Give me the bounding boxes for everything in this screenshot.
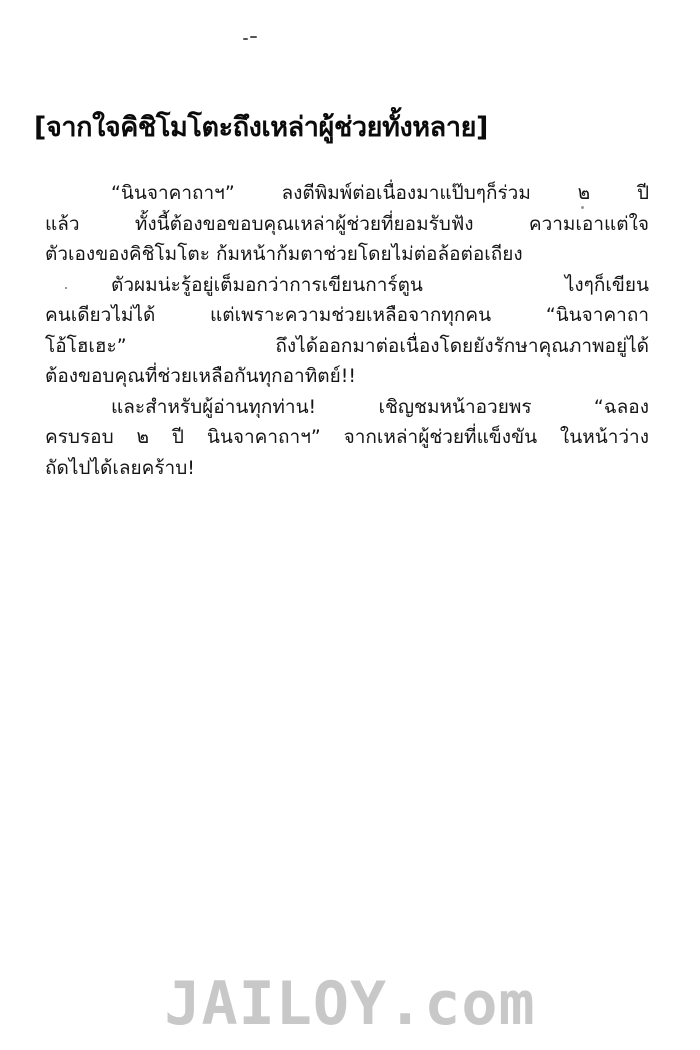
page-title: [จากใจคิชิโมโตะถึงเหล่าผู้ช่วยทั้งหลาย] (34, 108, 488, 148)
scan-speck (243, 36, 257, 40)
paragraph-2: ตัวผมน่ะรู้อยู่เต็มอกว่าการเขียนการ์ตูน … (45, 270, 655, 392)
body-text: “นินจาคาถาฯ” ลงตีพิมพ์ต่อเนื่องมาแป๊บๆก็… (45, 178, 655, 483)
text-line: ตัวผมน่ะรู้อยู่เต็มอกว่าการเขียนการ์ตูน … (45, 270, 649, 301)
text-line: และสำหรับผู้อ่านทุกท่าน! เชิญชมหน้าอวยพร… (45, 392, 649, 423)
text-line: “นินจาคาถาฯ” ลงตีพิมพ์ต่อเนื่องมาแป๊บๆก็… (45, 178, 649, 209)
text-line: โอ้โฮเฮะ” ถึงได้ออกมาต่อเนื่องโดยยังรักษ… (45, 331, 649, 362)
text-line: แล้ว ทั้งนี้ต้องขอขอบคุณเหล่าผู้ช่วยที่ย… (45, 209, 649, 240)
text-line: ครบรอบ ๒ ปี นินจาคาถาฯ” จากเหล่าผู้ช่วยท… (45, 422, 649, 453)
scan-dot (65, 287, 67, 289)
paragraph-3: และสำหรับผู้อ่านทุกท่าน! เชิญชมหน้าอวยพร… (45, 392, 655, 484)
text-line: ถัดไปได้เลยคร้าบ! (45, 453, 655, 484)
paragraph-1: “นินจาคาถาฯ” ลงตีพิมพ์ต่อเนื่องมาแป๊บๆก็… (45, 178, 655, 270)
text-line: ต้องขอบคุณที่ช่วยเหลือกันทุกอาทิตย์!! (45, 361, 655, 392)
watermark: JAILOY.com (0, 972, 700, 1036)
scan-dot (581, 206, 584, 209)
text-line: คนเดียวไม่ได้ แต่เพราะความช่วยเหลือจากทุ… (45, 300, 649, 331)
text-line: ตัวเองของคิชิโมโตะ ก้มหน้าก้มตาช่วยโดยไม… (45, 239, 655, 270)
